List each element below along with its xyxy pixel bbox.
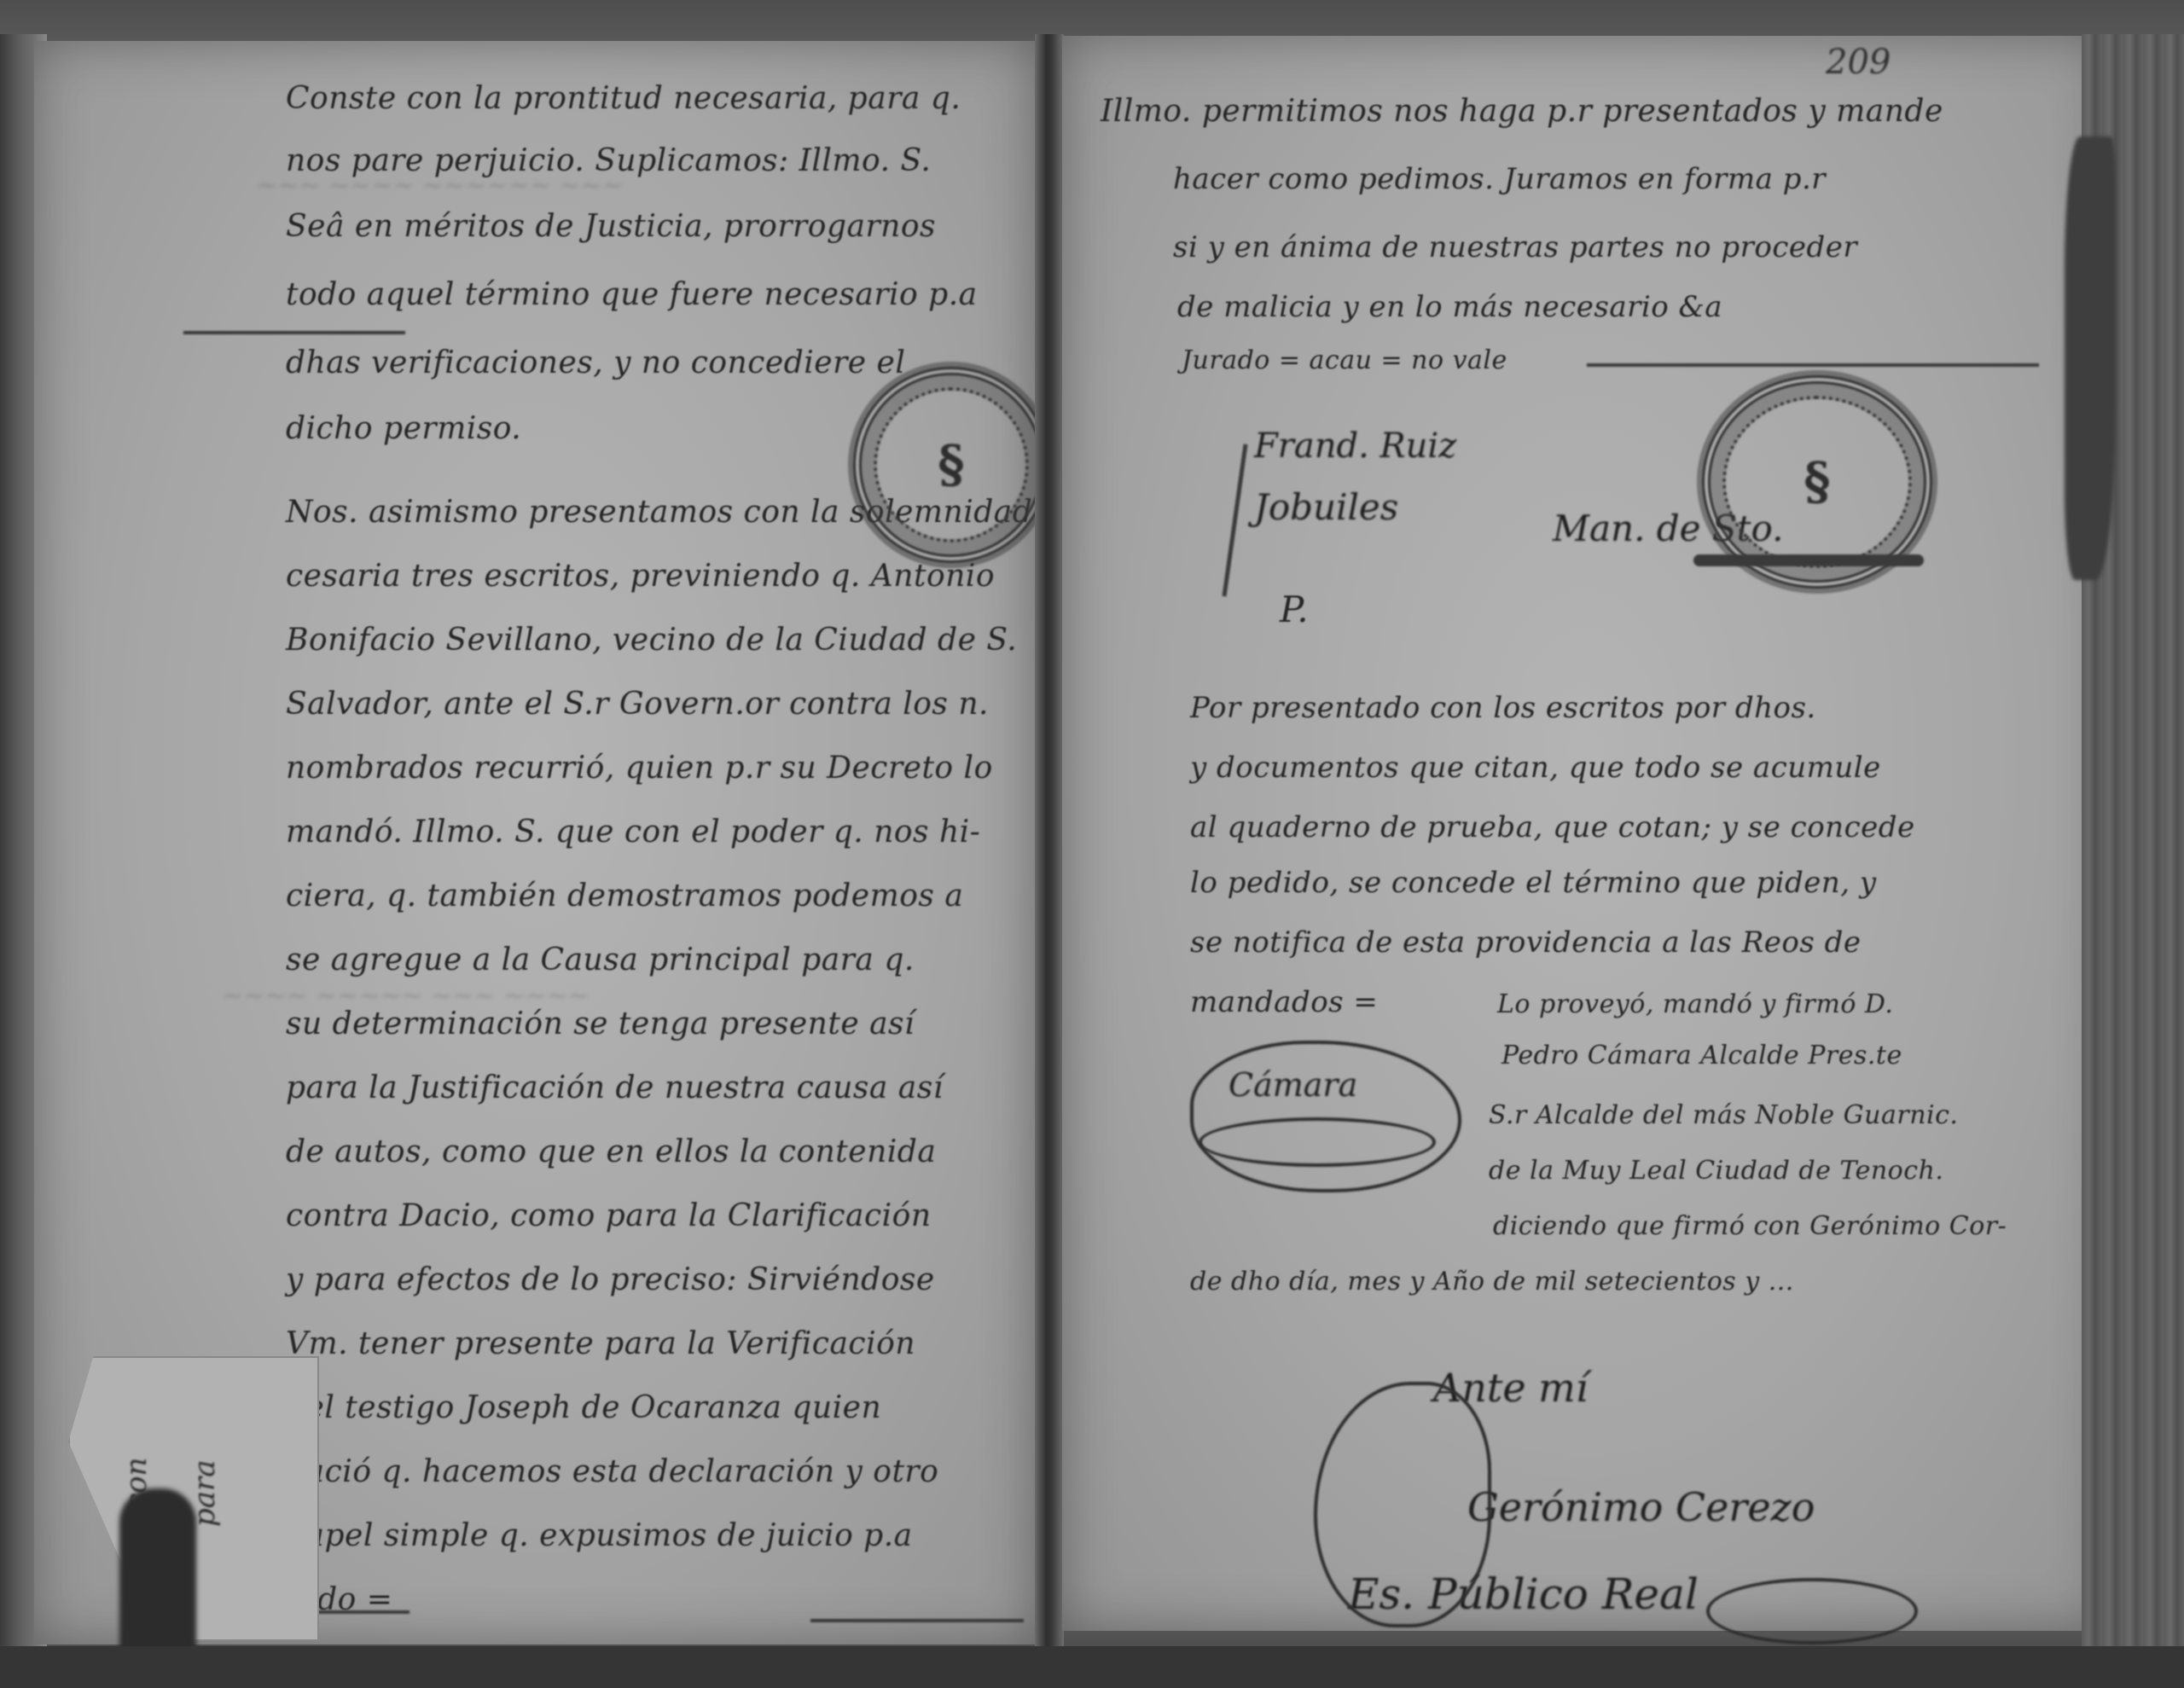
manuscript-line: su determinación se tenga presente así bbox=[286, 1006, 915, 1041]
signature-flourish bbox=[1706, 1578, 1918, 1644]
seal-underline-stroke bbox=[1693, 554, 1924, 566]
manuscript-line: dhas verificaciones, y no concediere el bbox=[286, 345, 905, 380]
manuscript-line: del testigo Joseph de Ocaranza quien bbox=[286, 1390, 881, 1425]
manuscript-line: de malicia y en lo más necesario &a bbox=[1177, 290, 1722, 324]
manuscript-line: hacer como pedimos. Juramos en forma p.r bbox=[1173, 162, 1826, 196]
seal-ring bbox=[874, 387, 1029, 542]
manuscript-line: cesaria tres escritos, previniendo q. An… bbox=[286, 559, 995, 594]
book-gutter bbox=[1035, 34, 1064, 1655]
signature: Frand. Ruiz bbox=[1254, 426, 1456, 466]
page-edges-right bbox=[2082, 34, 2184, 1655]
manuscript-line: para la Justificación de nuestra causa a… bbox=[286, 1070, 944, 1105]
ruled-line bbox=[1587, 363, 2039, 367]
manuscript-line: y documentos que citan, que todo se acum… bbox=[1190, 751, 1881, 785]
ruled-line bbox=[307, 1610, 409, 1614]
ruled-line bbox=[810, 1619, 1024, 1622]
manuscript-line: Vm. tener presente para la Verificación bbox=[286, 1326, 915, 1361]
manuscript-line: nació q. hacemos esta declaración y otro bbox=[286, 1454, 938, 1489]
signature-flourish bbox=[1199, 1117, 1436, 1167]
manuscript-line: se agregue a la Causa principal para q. bbox=[286, 943, 915, 977]
manuscript-line: nombrados recurrió, quien p.r su Decreto… bbox=[286, 751, 993, 786]
manuscript-line: nos pare perjuicio. Suplicamos: Illmo. S… bbox=[286, 143, 931, 178]
manuscript-line: Lo proveyó, mandó y firmó D. bbox=[1497, 989, 1893, 1019]
manuscript-line: P. bbox=[1280, 589, 1309, 630]
scan-bottom-edge bbox=[0, 1646, 2184, 1688]
manuscript-line: lo pedido, se concede el término que pid… bbox=[1190, 866, 1877, 900]
signature: Jobuiles bbox=[1254, 486, 1398, 528]
manuscript-line: si y en ánima de nuestras partes no proc… bbox=[1173, 230, 1857, 264]
manuscript-line: mandados = bbox=[1190, 985, 1378, 1019]
folio-number: 209 bbox=[1826, 43, 1891, 82]
page-clip-shadow bbox=[119, 1488, 196, 1659]
manuscript-line: Salvador, ante el S.r Govern.or contra l… bbox=[286, 687, 989, 722]
manuscript-line: mandó. Illmo. S. que con el poder q. nos… bbox=[286, 815, 980, 850]
manuscript-line: se notifica de esta providencia a las Re… bbox=[1190, 925, 1862, 960]
ruled-line bbox=[183, 331, 405, 334]
manuscript-line: Seâ en méritos de Justicia, prorrogarnos bbox=[286, 209, 936, 244]
manuscript-line: de la Muy Leal Ciudad de Tenoch. bbox=[1489, 1156, 1943, 1186]
manuscript-line: Jurado = acau = no vale bbox=[1182, 345, 1507, 375]
manuscript-line: ciera, q. también demostramos podemos a bbox=[286, 879, 963, 914]
manuscript-line: Bonifacio Sevillano, vecino de la Ciudad… bbox=[286, 623, 1017, 658]
manuscript-line: diciendo que firmó con Gerónimo Cor- bbox=[1493, 1211, 2007, 1241]
manuscript-line: y para efectos de lo preciso: Sirviéndos… bbox=[286, 1262, 935, 1297]
manuscript-line: papel simple q. expusimos de juicio p.a bbox=[286, 1518, 913, 1553]
left-page-seal: § bbox=[853, 367, 1049, 563]
manuscript-line: Por presentado con los escritos por dhos… bbox=[1190, 691, 1816, 725]
manuscript-line: todo aquel término que fuere necesario p… bbox=[286, 277, 978, 312]
manuscript-line: dicho permiso. bbox=[286, 411, 521, 446]
manuscript-line: de autos, como que en ellos la contenida bbox=[286, 1134, 936, 1169]
signature: Cámara bbox=[1228, 1066, 1357, 1104]
manuscript-line: al quaderno de prueba, que cotan; y se c… bbox=[1190, 810, 1915, 844]
manuscript-line: Illmo. permitimos nos haga p.r presentad… bbox=[1101, 94, 1943, 129]
manuscript-line: Pedro Cámara Alcalde Pres.te bbox=[1501, 1041, 1902, 1070]
seal-ring bbox=[1722, 396, 1912, 568]
manuscript-line: S.r Alcalde del más Noble Guarnic. bbox=[1489, 1100, 1958, 1130]
manuscript-line: contra Dacio, como para la Clarificación bbox=[286, 1198, 932, 1233]
manuscript-line: Conste con la prontitud necesaria, para … bbox=[286, 81, 961, 116]
manuscript-line: de dho día, mes y Año de mil setecientos… bbox=[1190, 1267, 1794, 1296]
signature: Gerónimo Cerezo bbox=[1467, 1484, 1815, 1530]
